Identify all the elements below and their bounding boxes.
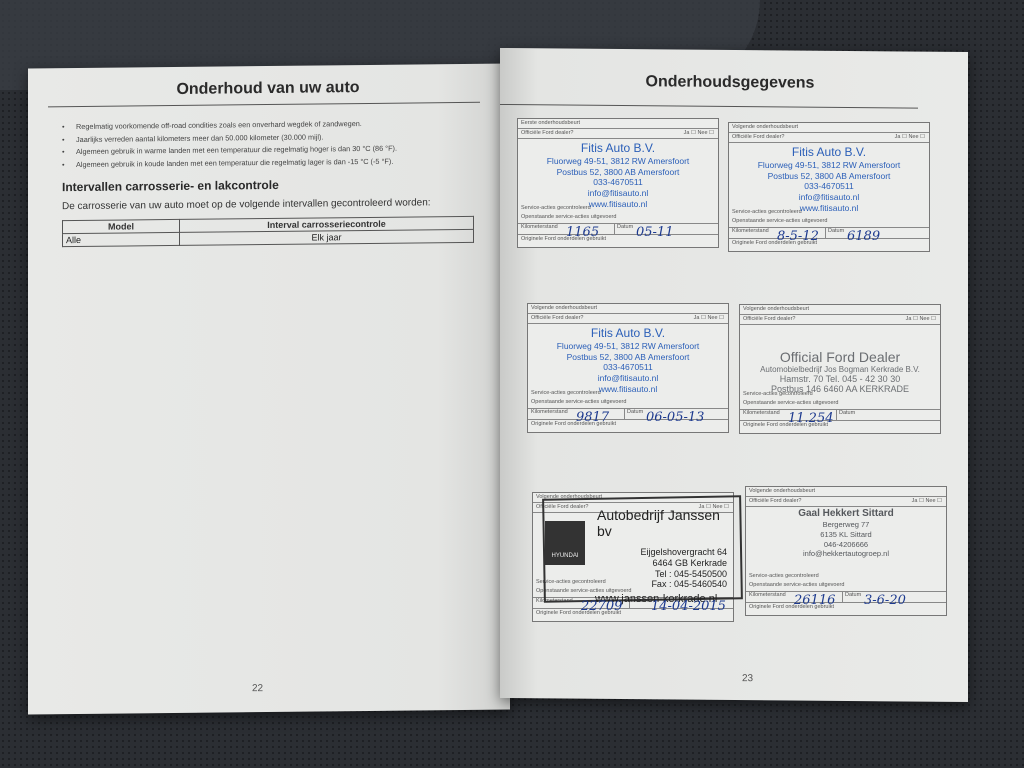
maintenance-entry-card: Eerste onderhoudsbeurtOfficiële Ford dea… xyxy=(517,118,719,248)
bullet-item: Regelmatig voorkomende off-road conditie… xyxy=(62,118,482,131)
dealer-stamp: Official Ford DealerAutomobielbedrijf Jo… xyxy=(740,349,940,394)
stamp-line: Official Ford Dealer xyxy=(740,349,940,365)
section-heading: Intervallen carrosserie- en lakcontrole xyxy=(62,178,279,194)
stamp-line: info@fitisauto.nl xyxy=(729,192,929,203)
stamp-line: 033-4670511 xyxy=(528,362,728,373)
yes-no-checkbox[interactable]: Ja ☐ Nee ☐ xyxy=(895,133,925,142)
stamp-line: Fitis Auto B.V. xyxy=(729,145,929,160)
maintenance-entry-card: Volgende onderhoudsbeurtOfficiële Ford d… xyxy=(527,303,729,433)
stamp-line: Fluorweg 49-51, 3812 RW Amersfoort xyxy=(518,156,718,167)
maintenance-entry-card: Volgende onderhoudsbeurtOfficiële Ford d… xyxy=(728,122,930,252)
table-cell: Alle xyxy=(63,232,180,246)
service-done-label: Openstaande service-acties uitgevoerd xyxy=(531,399,626,405)
dealer-question-row: Officiële Ford dealer?Ja ☐ Nee ☐ xyxy=(528,314,728,324)
stamp-line: info@hekkertautogroep.nl xyxy=(746,549,946,559)
date-label: Datum xyxy=(842,592,861,602)
dealer-question-row: Officiële Ford dealer?Ja ☐ Nee ☐ xyxy=(746,497,946,507)
stamp-line: Fluorweg 49-51, 3812 RW Amersfoort xyxy=(729,160,929,171)
service-done-label: Openstaande service-acties uitgevoerd xyxy=(521,214,616,220)
dealer-question-label: Officiële Ford dealer? xyxy=(749,498,801,504)
dealer-question-label: Officiële Ford dealer? xyxy=(743,316,795,322)
handwritten-datum: 14-04-2015 xyxy=(651,599,726,614)
dealer-question-label: Officiële Ford dealer? xyxy=(732,134,784,140)
maintenance-entry-card: Volgende onderhoudsbeurtOfficiële Ford d… xyxy=(739,304,941,434)
handwritten-kilometerstand: 8-5-12 xyxy=(777,229,819,244)
stamp-line: 046-4206666 xyxy=(746,540,946,550)
dealer-question-row: Officiële Ford dealer?Ja ☐ Nee ☐ xyxy=(518,129,718,139)
maintenance-entry-card: Volgende onderhoudsbeurtOfficiële Ford d… xyxy=(532,492,734,622)
entry-heading: Volgende onderhoudsbeurt xyxy=(729,123,929,133)
dealer-stamp: Fitis Auto B.V.Fluorweg 49-51, 3812 RW A… xyxy=(518,141,718,209)
handwritten-datum: 3-6-20 xyxy=(864,593,906,608)
stamp-line: Postbus 52, 3800 AB Amersfoort xyxy=(528,352,728,363)
page-number: 23 xyxy=(742,673,753,684)
yes-no-checkbox[interactable]: Ja ☐ Nee ☐ xyxy=(694,314,724,323)
dealer-question-row: Officiële Ford dealer?Ja ☐ Nee ☐ xyxy=(729,133,929,143)
km-date-row: KilometerstandDatum xyxy=(746,591,946,603)
km-label: Kilometerstand xyxy=(740,410,780,416)
date-label: Datum xyxy=(825,228,844,238)
original-parts-label: Originele Ford onderdelen gebruikt xyxy=(521,236,718,246)
bullet-item: Algemeen gebruik in koude landen met een… xyxy=(62,155,482,168)
km-date-row: KilometerstandDatum xyxy=(518,223,718,235)
hyundai-logo-icon: HYUNDAI xyxy=(545,521,585,565)
service-done-label: Openstaande service-acties uitgevoerd xyxy=(749,582,844,588)
date-label: Datum xyxy=(624,409,643,419)
stamp-line: Gaal Hekkert Sittard xyxy=(746,507,946,520)
dealer-question-label: Officiële Ford dealer? xyxy=(521,130,573,136)
stamp-line: Automobielbedrijf Jos Bogman Kerkrade B.… xyxy=(740,365,940,374)
yes-no-checkbox[interactable]: Ja ☐ Nee ☐ xyxy=(912,497,942,506)
stamp-line: Hamstr. 70 Tel. 045 - 42 30 30 xyxy=(740,374,940,384)
handwritten-datum: 06-05-13 xyxy=(646,410,704,425)
handwritten-datum: 6189 xyxy=(847,229,880,244)
km-label: Kilometerstand xyxy=(729,228,769,234)
stamp-line: Fluorweg 49-51, 3812 RW Amersfoort xyxy=(528,341,728,352)
km-label: Kilometerstand xyxy=(528,409,568,415)
stamp-line: info@fitisauto.nl xyxy=(518,188,718,199)
stamp-line: Postbus 52, 3800 AB Amersfoort xyxy=(729,171,929,182)
dealer-question-row: Officiële Ford dealer?Ja ☐ Nee ☐ xyxy=(740,315,940,325)
stamp-address: Eijgelshovergracht 646464 GB KerkradeTel… xyxy=(617,547,727,590)
date-label: Datum xyxy=(836,410,855,420)
dealer-stamp: Fitis Auto B.V.Fluorweg 49-51, 3812 RW A… xyxy=(528,326,728,394)
entry-heading: Volgende onderhoudsbeurt xyxy=(746,487,946,497)
page-title: Onderhoud van uw auto xyxy=(128,79,408,100)
handwritten-kilometerstand: 9817 xyxy=(576,410,609,425)
stamp-line: 033-4670511 xyxy=(518,177,718,188)
stamp-line: www.fitisauto.nl xyxy=(518,199,718,210)
stamp-line: info@fitisauto.nl xyxy=(528,373,728,384)
stamp-line: 6135 KL Sittard xyxy=(746,530,946,540)
service-done-label: Openstaande service-acties uitgevoerd xyxy=(743,400,838,406)
title-rule xyxy=(500,104,918,109)
original-parts-label: Originele Ford onderdelen gebruikt xyxy=(743,422,940,432)
handwritten-kilometerstand: 11.254 xyxy=(788,411,834,426)
stamp-line: Tel : 045-5450500 xyxy=(617,569,727,580)
bullet-item: Algemeen gebruik in warme landen met een… xyxy=(62,143,482,156)
stamp-line: Postbus 52, 3800 AB Amersfoort xyxy=(518,167,718,178)
stamp-line: 033-4670511 xyxy=(729,181,929,192)
bullet-list: Regelmatig voorkomende off-road conditie… xyxy=(62,118,482,172)
table-cell: Elk jaar xyxy=(180,229,474,245)
entry-heading: Volgende onderhoudsbeurt xyxy=(528,304,728,314)
stamp-line: Bergerweg 77 xyxy=(746,520,946,530)
stamp-line: Fax : 045-5460540 xyxy=(617,579,727,590)
stamp-line: Postbus 146 6460 AA KERKRADE xyxy=(740,384,940,394)
stamp-line: Fitis Auto B.V. xyxy=(518,141,718,156)
handwritten-datum: 05-11 xyxy=(636,225,673,240)
handwritten-kilometerstand: 22709 xyxy=(581,599,622,614)
yes-no-checkbox[interactable]: Ja ☐ Nee ☐ xyxy=(906,315,936,324)
original-parts-label: Originele Ford onderdelen gebruikt xyxy=(749,604,946,614)
handwritten-kilometerstand: 1165 xyxy=(566,225,599,240)
km-date-row: KilometerstandDatum xyxy=(740,409,940,421)
entry-heading: Eerste onderhoudsbeurt xyxy=(518,119,718,129)
bullet-item: Jaarlijks verreden aantal kilometers mee… xyxy=(62,130,482,143)
page-number: 22 xyxy=(252,683,263,694)
km-label: Kilometerstand xyxy=(518,224,558,230)
title-rule xyxy=(48,102,480,108)
yes-no-checkbox[interactable]: Ja ☐ Nee ☐ xyxy=(684,129,714,138)
handwritten-kilometerstand: 26116 xyxy=(794,593,835,608)
page-title: Onderhoudsgegevens xyxy=(590,73,870,93)
km-date-row: KilometerstandDatum xyxy=(729,227,929,239)
maintenance-entry-card: Volgende onderhoudsbeurtOfficiële Ford d… xyxy=(745,486,947,616)
dealer-question-label: Officiële Ford dealer? xyxy=(531,315,583,321)
interval-table: Model Interval carrosseriecontrole Alle … xyxy=(62,216,474,247)
stamp-line: 6464 GB Kerkrade xyxy=(617,558,727,569)
entry-heading: Volgende onderhoudsbeurt xyxy=(740,305,940,315)
table-header: Model xyxy=(63,219,180,233)
service-checked-label: Service-acties gecontroleerd xyxy=(749,573,819,579)
date-label: Datum xyxy=(614,224,633,234)
km-label: Kilometerstand xyxy=(746,592,786,598)
left-page: Onderhoud van uw auto Regelmatig voorkom… xyxy=(28,63,510,714)
stamp-line: Eijgelshovergracht 64 xyxy=(617,547,727,558)
intro-text: De carrosserie van uw auto moet op de vo… xyxy=(62,197,431,212)
stamp-line: Autobedrijf Janssen bv xyxy=(597,507,733,539)
stamp-line: www.fitisauto.nl xyxy=(528,384,728,395)
stamp-line: www.fitisauto.nl xyxy=(729,203,929,214)
dealer-stamp: Fitis Auto B.V.Fluorweg 49-51, 3812 RW A… xyxy=(729,145,929,213)
stamp-line: Fitis Auto B.V. xyxy=(528,326,728,341)
original-parts-label: Originele Ford onderdelen gebruikt xyxy=(732,240,929,250)
dealer-stamp: Gaal Hekkert SittardBergerweg 776135 KL … xyxy=(746,507,946,559)
service-done-label: Openstaande service-acties uitgevoerd xyxy=(732,218,827,224)
